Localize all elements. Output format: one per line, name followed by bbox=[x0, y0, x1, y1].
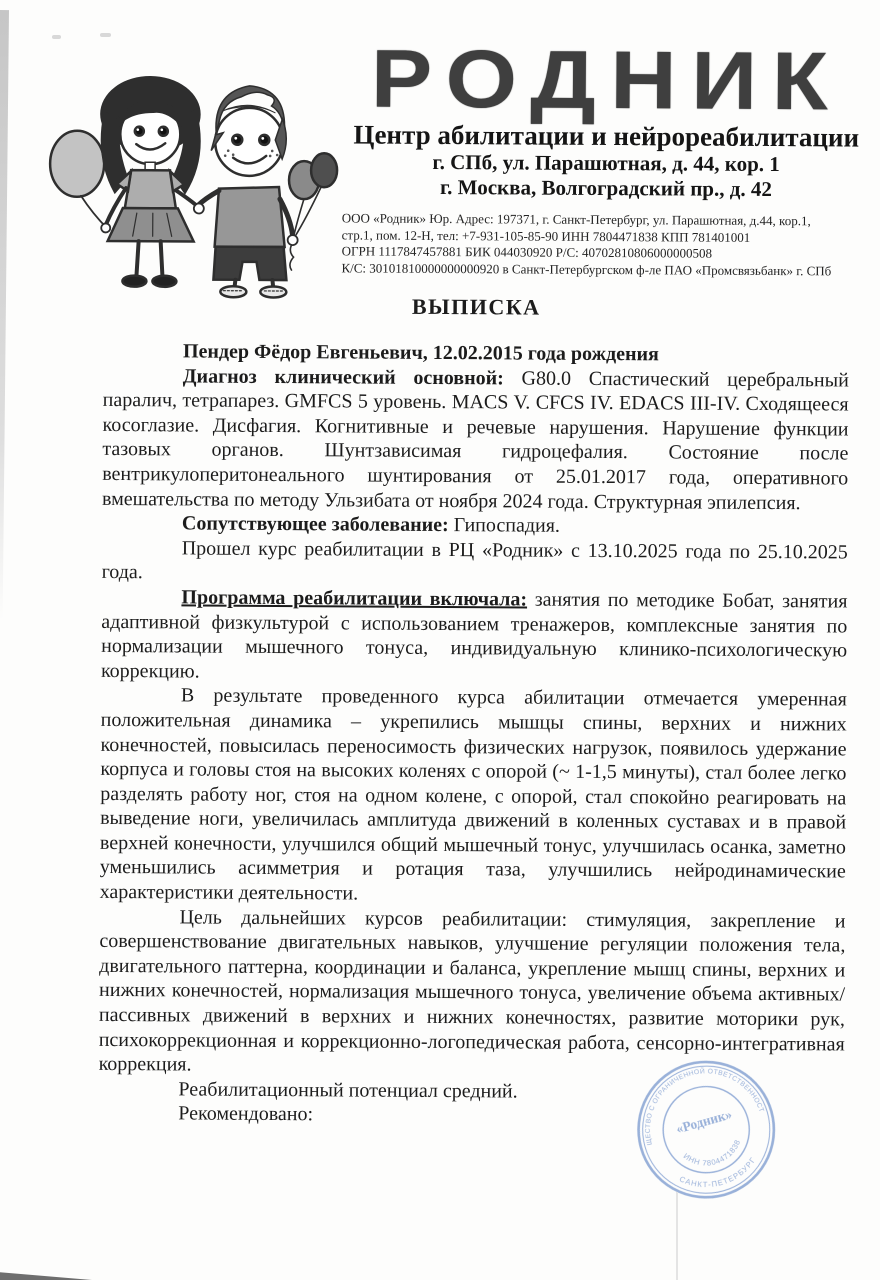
scan-fold-line bbox=[676, 1192, 678, 1280]
comorbidity-label: Сопутствующее заболевание: bbox=[182, 513, 449, 537]
comorbidity-text: Гипоспадия. bbox=[449, 514, 560, 537]
scanned-document-page: РОДНИК Центр абилитации и нейрореабилита… bbox=[0, 0, 880, 1280]
clinic-address-msk: г. Москва, Волгоградский пр., д. 42 bbox=[342, 174, 870, 202]
results-paragraph: В результате проведенного курса абилитац… bbox=[100, 683, 847, 909]
children-holding-hands-illustration bbox=[26, 37, 340, 301]
clinic-logo: РОДНИК bbox=[311, 43, 880, 119]
clinic-address-spb: г. СПб, ул. Парашютная, д. 44, кор. 1 bbox=[342, 149, 870, 177]
document-title: ВЫПИСКА bbox=[103, 292, 849, 323]
legal-details-line: К/С: 30101810000000000920 в Санкт-Петерб… bbox=[341, 260, 869, 280]
course-paragraph: Прошел курс реабилитации в РЦ «Родник» с… bbox=[102, 536, 848, 590]
document-sheet: РОДНИК Центр абилитации и нейрореабилита… bbox=[0, 0, 880, 1280]
document-body: Пендер Фёдор Евгеньевич, 12.02.2015 года… bbox=[98, 339, 849, 1131]
pencil-mark bbox=[52, 35, 61, 39]
program-label: Программа реабилитации включала: bbox=[181, 586, 527, 610]
clinic-legal-details: ООО «Родник» Юр. Адрес: 197371, г. Санкт… bbox=[341, 210, 869, 279]
stamp-center-text: «Родник» bbox=[674, 1106, 733, 1136]
diagnosis-label: Диагноз клинический основной: bbox=[183, 365, 504, 389]
letterhead: РОДНИК Центр абилитации и нейрореабилита… bbox=[341, 43, 870, 279]
program-paragraph: Программа реабилитации включала: занятия… bbox=[101, 585, 848, 688]
diagnosis-paragraph: Диагноз клинический основной: G80.0 Спас… bbox=[102, 364, 849, 516]
pencil-mark bbox=[100, 33, 111, 37]
